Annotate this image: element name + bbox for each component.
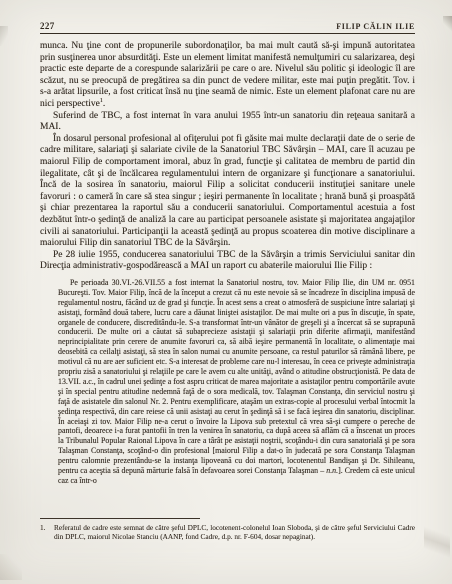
paragraph: Pe 28 iulie 1955, conducerea sanatoriulu…: [40, 250, 415, 273]
paragraph-text: .: [103, 99, 105, 109]
footnote: 1. Referatul de cadre este semnat de căt…: [40, 518, 415, 541]
footnote-separator: [40, 518, 200, 519]
scan-artifact: [443, 16, 452, 32]
footnote-text: Referatul de cadre este semnat de către …: [54, 523, 415, 541]
scan-artifact: [0, 26, 8, 46]
footnote-marker: 1.: [40, 523, 54, 541]
page-number: 227: [40, 21, 55, 31]
block-quote: Pe perioada 30.VI.-26.VII.55 a fost inte…: [58, 278, 415, 486]
scan-artifact: [424, 522, 450, 558]
body-text: munca. Nu ţine cont de propunerile subor…: [40, 41, 415, 518]
scan-artifact: [0, 554, 22, 580]
paragraph-text: munca. Nu ţine cont de propunerile subor…: [40, 41, 415, 109]
paragraph: Suferind de TBC, a fost internat în vara…: [40, 111, 415, 134]
page-header: 227 FILIP CĂLIN ILIE: [40, 21, 415, 34]
running-header-title: FILIP CĂLIN ILIE: [336, 22, 415, 31]
scanned-book-page: 227 FILIP CĂLIN ILIE munca. Nu ţine cont…: [0, 0, 452, 584]
paragraph: În dosarul personal profesional al ofiţe…: [40, 134, 415, 250]
editor-note-abbreviation: n.n.: [326, 466, 338, 475]
quote-text: Pe perioada 30.VI.-26.VII.55 a fost inte…: [58, 278, 415, 475]
paragraph: munca. Nu ţine cont de propunerile subor…: [40, 41, 415, 111]
